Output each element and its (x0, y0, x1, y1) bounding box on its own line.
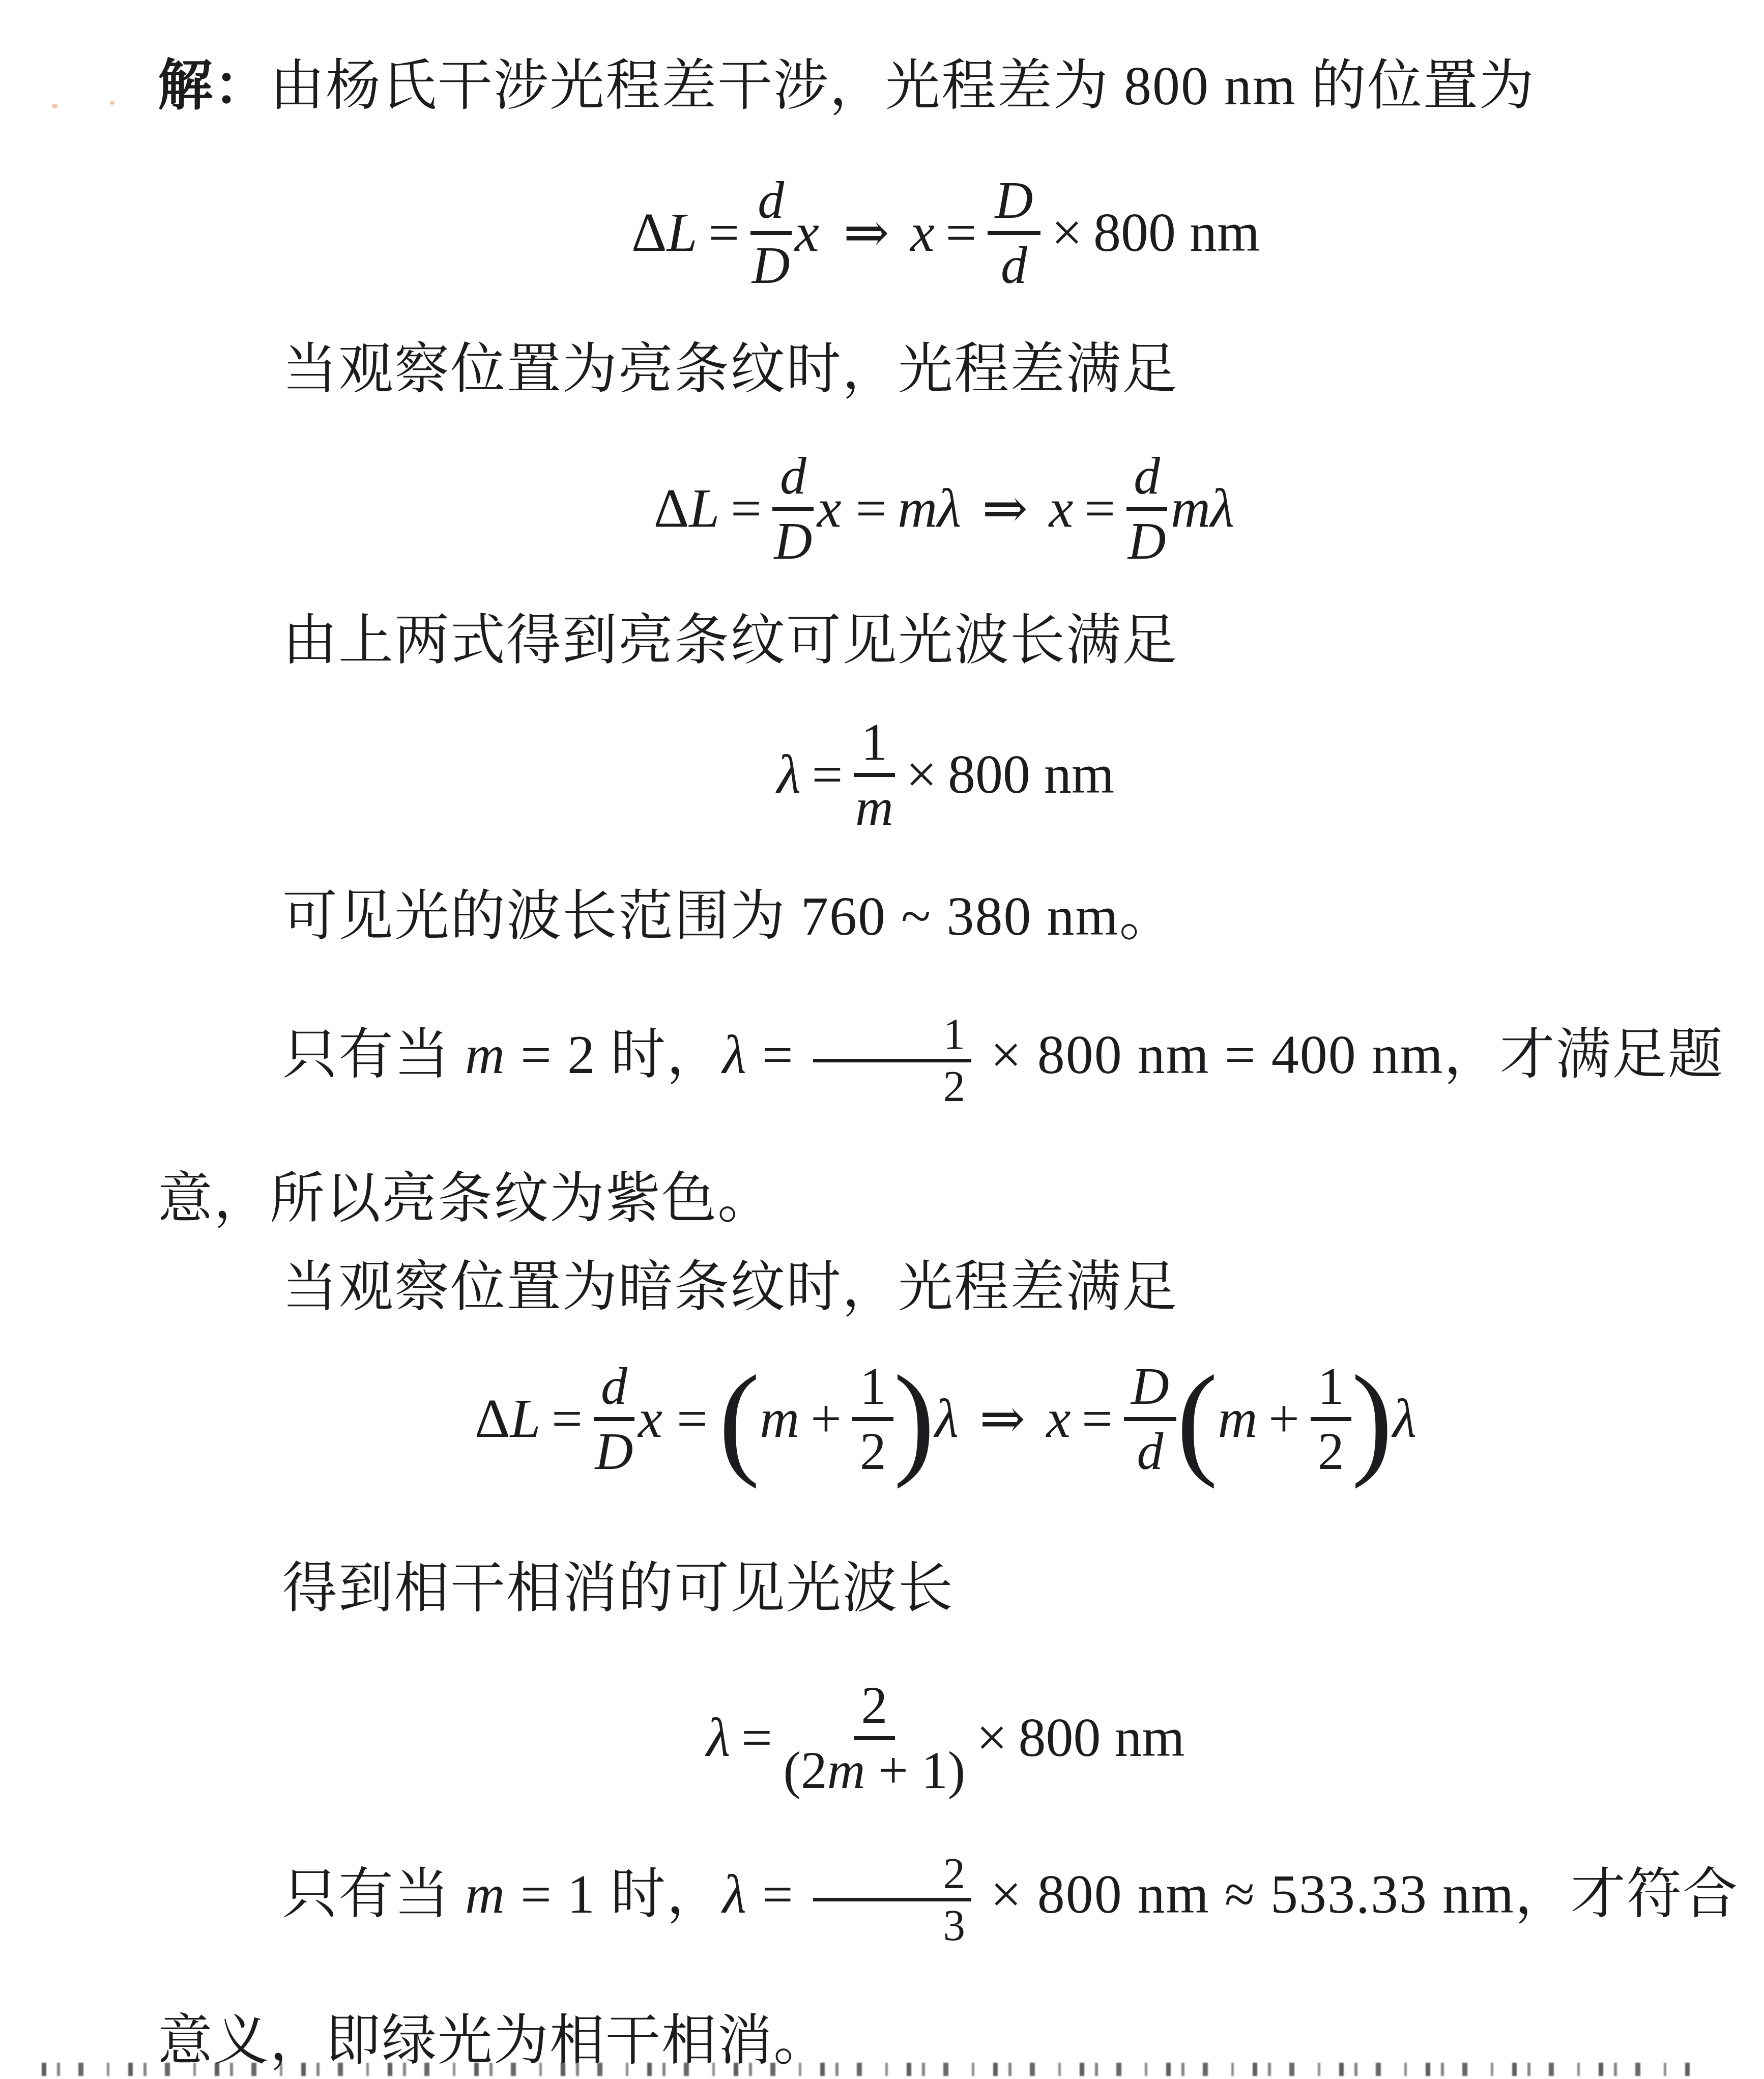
equals-sign: = (741, 1707, 772, 1770)
equals-sign: = (856, 477, 887, 540)
formula-dark-fringe: ΔL = dD x = ( m + 12 ) λ ⇒ x = Dd ( m + … (158, 1346, 1733, 1492)
var-x: x (638, 1388, 662, 1451)
cutoff-next-line-remnant (42, 2063, 1693, 2076)
var-lambda: λ (935, 1388, 959, 1451)
value-800nm: 800 nm (948, 743, 1114, 806)
scan-artifact-dot (52, 104, 57, 108)
formula-wavelength-bright: λ = 1m × 800 nm (158, 702, 1733, 848)
fraction-2-over-3: 23 (813, 1850, 971, 1950)
solution-label: 解： (158, 56, 270, 117)
equals-sign: = (677, 1388, 708, 1451)
times-sign: × (1051, 201, 1082, 265)
equals-sign: = (747, 1864, 809, 1925)
plus-sign: + (1268, 1388, 1299, 1451)
equals-sign: = (945, 201, 976, 265)
times-sign: × (906, 743, 937, 806)
var-L: L (667, 201, 697, 265)
formula-wavelength-dark: λ = 2(2m + 1) × 800 nm (158, 1665, 1733, 1811)
formula-position-of-800nm: ΔL = dD x ⇒ x = Dd × 800 nm (158, 160, 1733, 306)
dark-fringe-condition-line: 当观察位置为暗条纹时，光程差满足 (158, 1250, 1733, 1325)
value-800nm: 800 nm (1093, 201, 1260, 265)
implies-arrow: ⇒ (982, 477, 1028, 541)
var-m: m (465, 1025, 506, 1085)
var-m: m (465, 1864, 506, 1925)
value-800nm: 800 nm (1018, 1707, 1184, 1770)
fraction-1-over-2: 12 (813, 1010, 971, 1110)
var-x: x (1049, 477, 1074, 540)
equals-sign: = (747, 1025, 809, 1085)
text-segment: 只有当 (282, 1025, 465, 1085)
var-x: x (817, 477, 842, 540)
var-lambda: λ (1393, 1388, 1416, 1451)
text-segment: = 1 时， (506, 1864, 722, 1925)
destructive-wavelength-line: 得到相干相消的可见光波长 (158, 1551, 1733, 1627)
var-lambda: λ (722, 1864, 747, 1925)
derive-wavelength-line: 由上两式得到亮条纹可见光波长满足 (158, 603, 1733, 679)
fraction-D-over-d: Dd (1124, 1357, 1177, 1481)
implies-arrow: ⇒ (979, 1387, 1026, 1451)
var-m: m (760, 1388, 799, 1451)
var-lambda: λ (777, 743, 801, 806)
document-page: 解：由杨氏干涉光程差干涉，光程差为 800 nm 的位置为 ΔL = dD x … (0, 0, 1764, 2079)
delta-symbol: Δ (654, 477, 689, 540)
solution-intro-line: 解：由杨氏干涉光程差干涉，光程差为 800 nm 的位置为 (158, 48, 1733, 124)
plus-sign: + (811, 1388, 842, 1451)
var-L: L (689, 477, 719, 540)
text-segment: = 2 时， (506, 1025, 722, 1085)
fraction-d-over-D: dD (772, 447, 814, 571)
var-lambda: λ (722, 1025, 747, 1085)
text-segment: × 800 nm ≈ 533.33 nm，才符合 (976, 1864, 1739, 1925)
fraction-1-over-2: 12 (852, 1357, 893, 1481)
visible-range-line: 可见光的波长范围为 760 ~ 380 nm。 (158, 879, 1733, 955)
delta-symbol: Δ (475, 1388, 510, 1451)
equals-sign: = (552, 1388, 583, 1451)
equals-sign: = (1084, 477, 1115, 540)
fraction-2-over-2m1: 2(2m + 1) (783, 1676, 965, 1800)
equals-sign: = (812, 743, 843, 806)
var-m-lambda: mλ (898, 477, 961, 540)
delta-symbol: Δ (631, 201, 667, 265)
equals-sign: = (708, 201, 739, 265)
den-text: + 1) (865, 1742, 966, 1800)
var-m-lambda: mλ (1171, 477, 1234, 540)
fraction-1-over-2: 12 (1311, 1357, 1352, 1481)
var-x: x (795, 201, 819, 265)
fraction-d-over-D: dD (1126, 447, 1168, 571)
fraction-1-over-m: 1m (854, 713, 895, 837)
fraction-D-over-d: Dd (988, 171, 1040, 295)
equals-sign: = (1082, 1388, 1113, 1451)
var-m: m (1218, 1388, 1257, 1451)
conclusion-bright-line: 只有当 m = 2 时，λ = 12 × 800 nm = 400 nm，才满足… (158, 1003, 1733, 1110)
var-x: x (1047, 1388, 1071, 1451)
var-x: x (910, 201, 935, 265)
equals-sign: = (731, 477, 762, 540)
conclusion-violet-line: 意，所以亮条纹为紫色。 (158, 1161, 1733, 1237)
fraction-d-over-D: dD (594, 1357, 635, 1481)
var-m: m (827, 1742, 865, 1800)
text-segment: × 800 nm = 400 nm，才满足题 (976, 1025, 1724, 1085)
intro-text: 由杨氏干涉光程差干涉，光程差为 800 nm 的位置为 (270, 56, 1535, 117)
implies-arrow: ⇒ (843, 201, 889, 265)
var-lambda: λ (707, 1707, 731, 1770)
text-segment: 只有当 (282, 1864, 465, 1925)
fraction-d-over-D: dD (750, 171, 792, 295)
den-text: (2 (783, 1742, 827, 1800)
bright-fringe-condition-line: 当观察位置为亮条纹时，光程差满足 (158, 332, 1733, 408)
scan-artifact-dot (110, 101, 114, 105)
formula-bright-fringe: ΔL = dD x = mλ ⇒ x = dD mλ (158, 436, 1733, 582)
var-L: L (510, 1388, 540, 1451)
times-sign: × (976, 1707, 1007, 1770)
conclusion-dark-line: 只有当 m = 1 时，λ = 23 × 800 nm ≈ 533.33 nm，… (158, 1842, 1733, 1950)
